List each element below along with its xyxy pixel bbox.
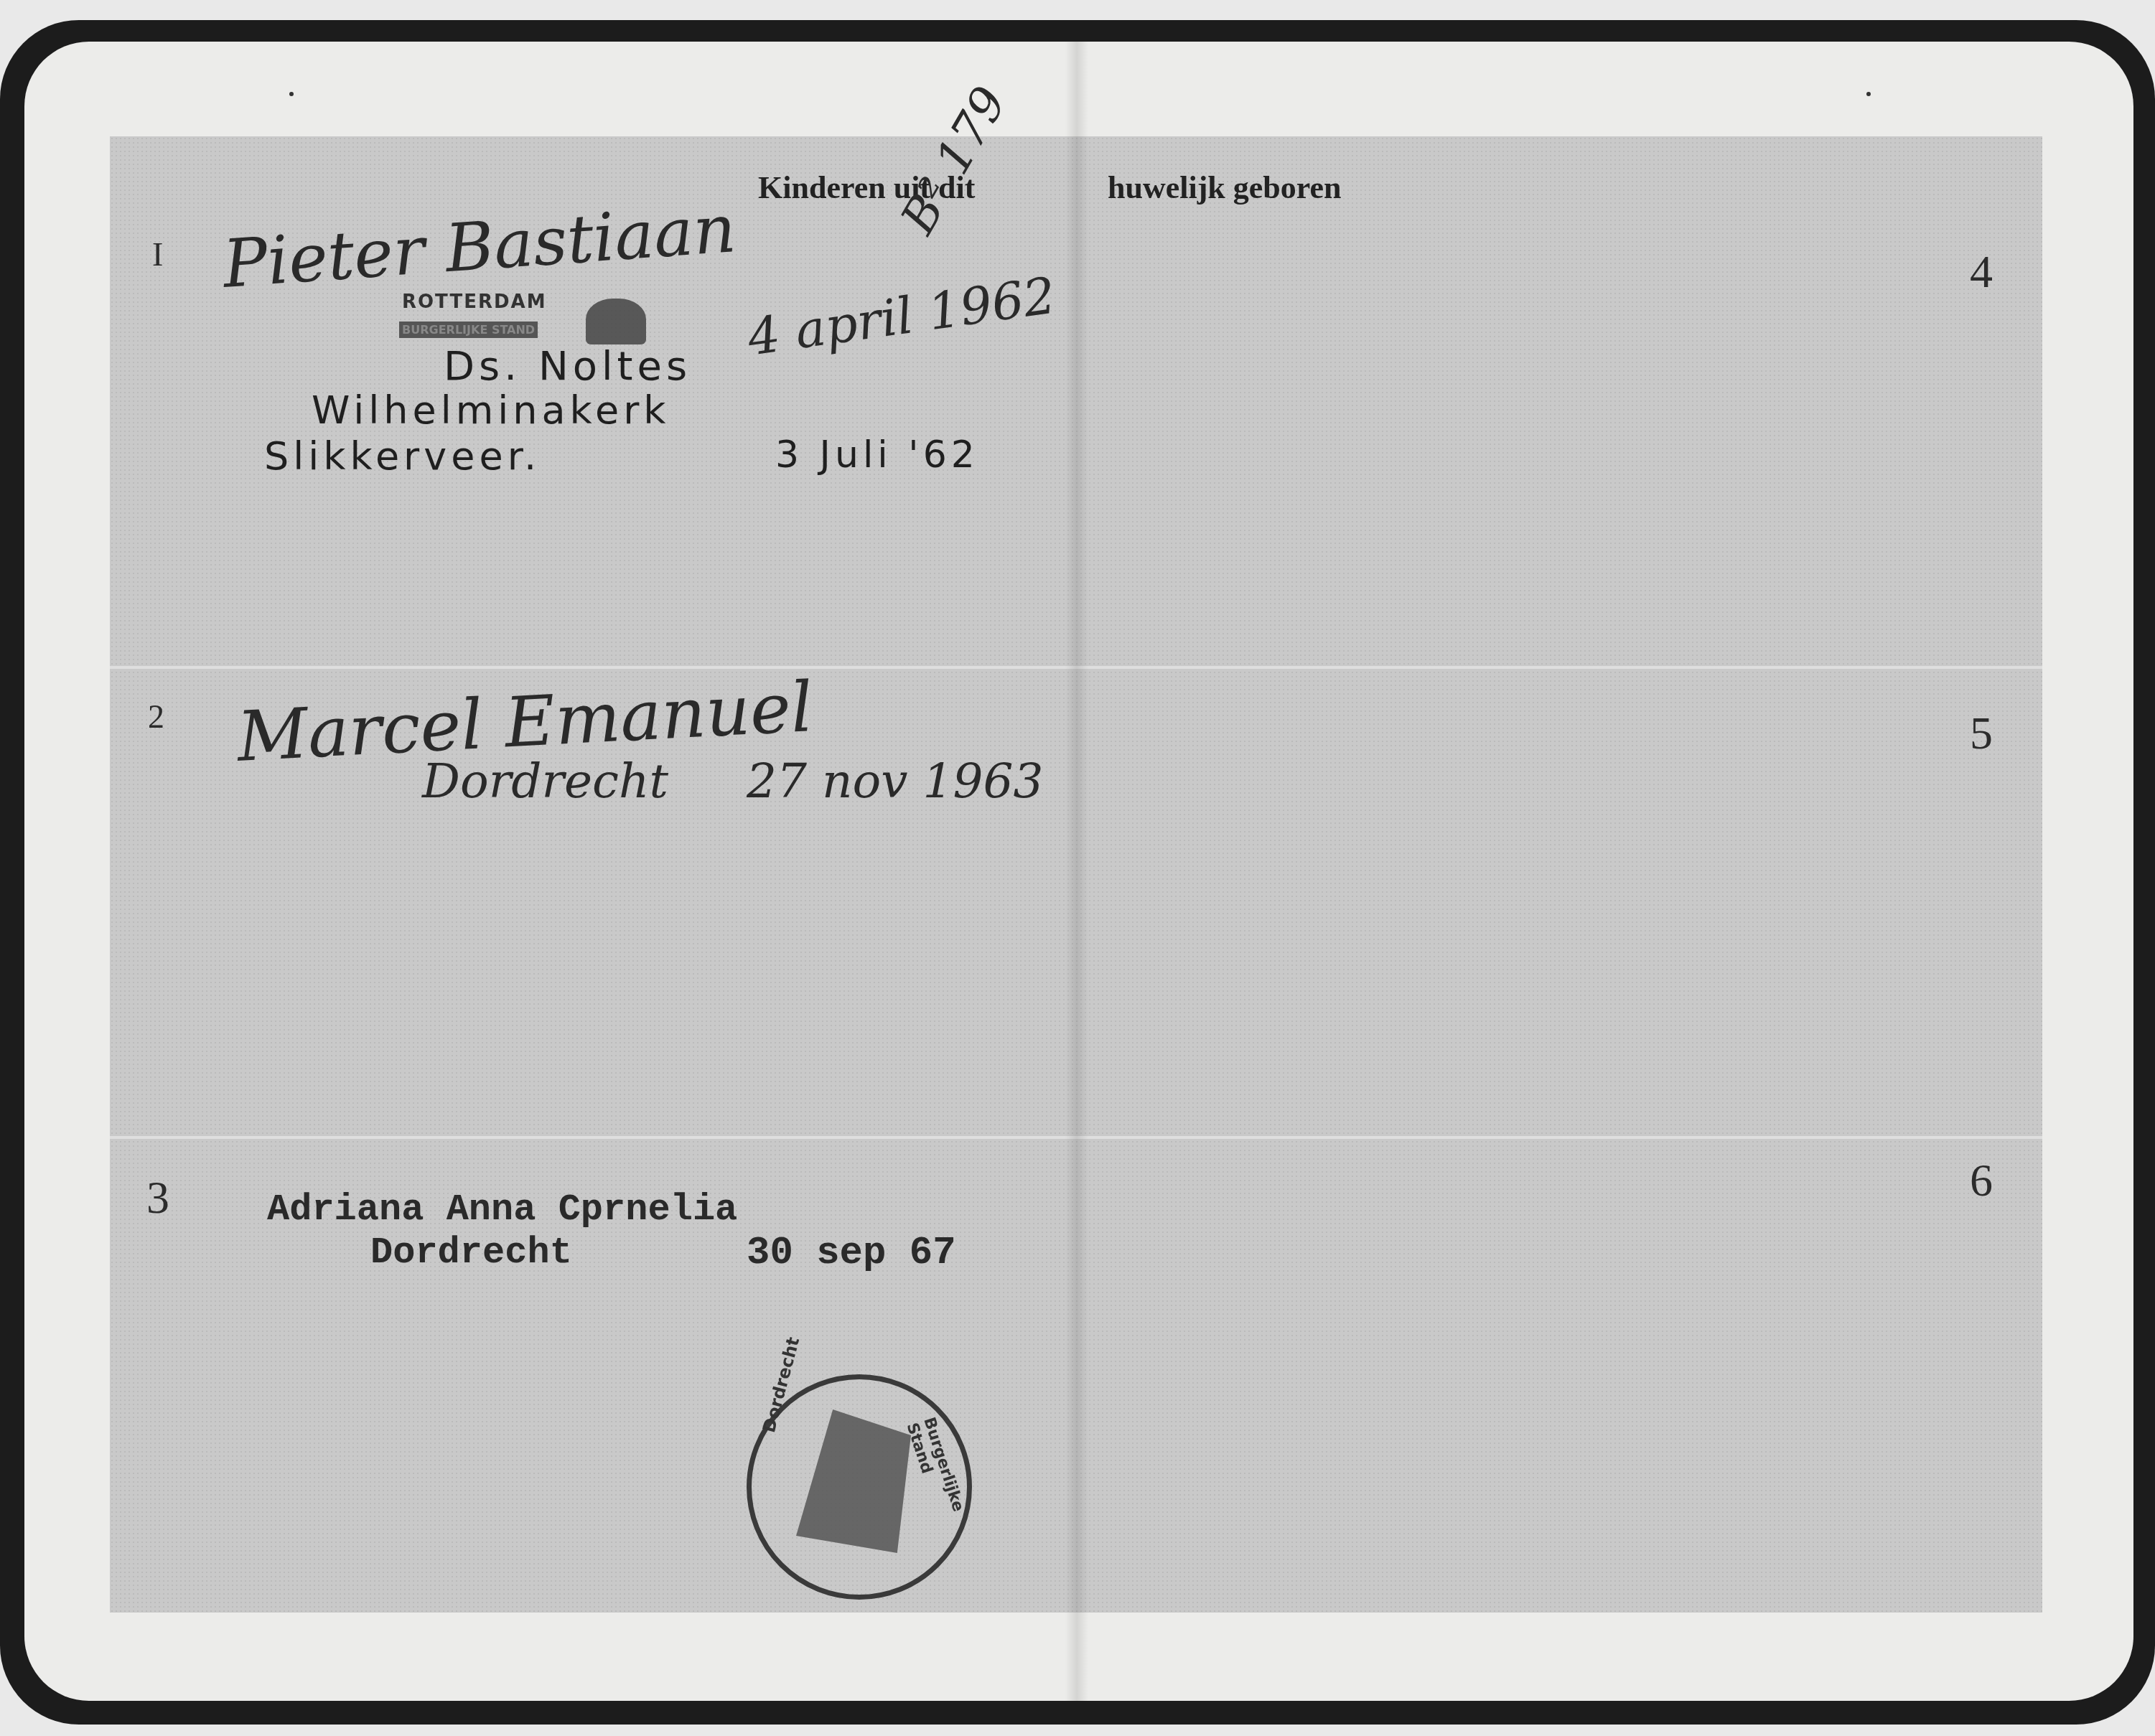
baptism-place-value: Slikkerveer.: [264, 433, 541, 479]
entry-number: 6: [1970, 1154, 1993, 1207]
book-gutter: [1065, 42, 1088, 1701]
seal-icon: [586, 299, 646, 344]
coat-of-arms-icon: [796, 1409, 911, 1553]
birth-date-handwritten: 27 nov 1963: [747, 754, 1043, 809]
entry-number: 4: [1970, 245, 1993, 299]
rotterdam-stamp-line1: ROTTERDAM: [402, 291, 547, 313]
stamp-text-right: Burgerlijke Stand: [902, 1415, 967, 1519]
child-name-typed: Adriana Anna Cprnelia: [267, 1188, 737, 1231]
rotterdam-stamp-line2: BURGERLIJKE STAND: [399, 322, 538, 338]
paper-speck: [1866, 92, 1871, 96]
baptism-date-value: 3 Juli '62: [775, 433, 979, 477]
baptized-by-value: Ds. Noltes: [444, 343, 691, 390]
page-title-right: huwelijk geboren: [1108, 169, 1342, 206]
municipal-stamp: Dordrecht Burgerlijke Stand: [747, 1374, 972, 1600]
paper-speck: [289, 92, 294, 96]
birth-place-handwritten: Dordrecht: [422, 754, 668, 809]
birth-place-typed: Dordrecht: [370, 1231, 572, 1274]
entry-number: 2: [148, 698, 164, 736]
entry-number: 5: [1970, 707, 1993, 760]
birth-date-typed: 30 sep 67: [747, 1231, 956, 1275]
entry-number: I: [152, 235, 163, 273]
baptism-church-value: Wilhelminakerk: [312, 388, 670, 433]
entry-number: 3: [146, 1171, 169, 1224]
